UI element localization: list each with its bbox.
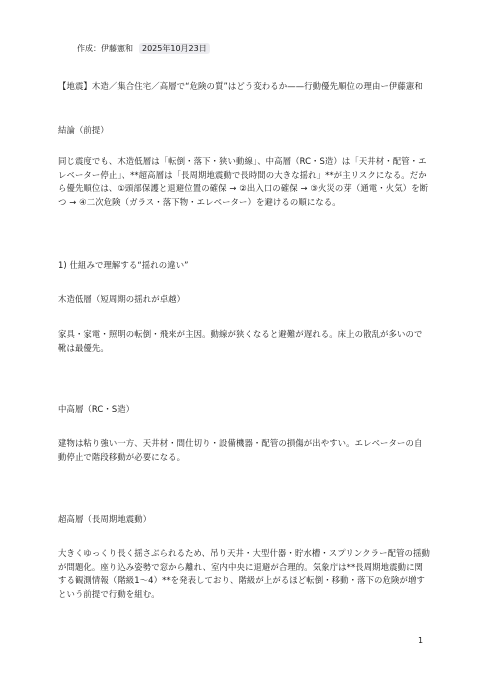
subheading-highrise: 超高層（長周期地震動） <box>58 513 430 527</box>
section-heading-conclusion: 結論（前提） <box>58 124 430 138</box>
subheading-wooden-lowrise: 木造低層（短周期の揺れが卓越） <box>58 293 430 307</box>
paragraph-conclusion: 同じ震度でも、木造低層は「転倒・落下・狭い動線」、中高層（RC・S造）は「天井材… <box>58 155 430 209</box>
document-title: 【地震】木造／集合住宅／高層で“危険の質”はどう変わるか——行動優先順位の理由ー… <box>58 80 430 94</box>
page-number: 1 <box>418 636 423 646</box>
date-badge: 2025年10月23日 <box>139 43 210 54</box>
author-label: 作成：伊藤憲和 <box>77 44 133 53</box>
paragraph-midrise: 建物は粘り強い一方、天井材・間仕切り・設備機器・配管の損傷が出やすい。エレベータ… <box>58 437 430 464</box>
paragraph-highrise: 大きくゆっくり長く揺さぶられるため、吊り天井・大型什器・貯水槽・スプリンクラー配… <box>58 547 430 601</box>
document-meta: 作成：伊藤憲和2025年10月23日 <box>77 43 210 54</box>
paragraph-wooden-lowrise: 家具・家電・照明の転倒・飛来が主因。動線が狭くなると避難が遅れる。床上の散乱が多… <box>58 328 430 355</box>
section-heading-mechanism: 1) 仕組みで理解する“揺れの違い” <box>58 259 430 273</box>
document-page: 作成：伊藤憲和2025年10月23日 【地震】木造／集合住宅／高層で“危険の質”… <box>0 0 480 677</box>
subheading-midrise: 中高層（RC・S造） <box>58 403 430 417</box>
